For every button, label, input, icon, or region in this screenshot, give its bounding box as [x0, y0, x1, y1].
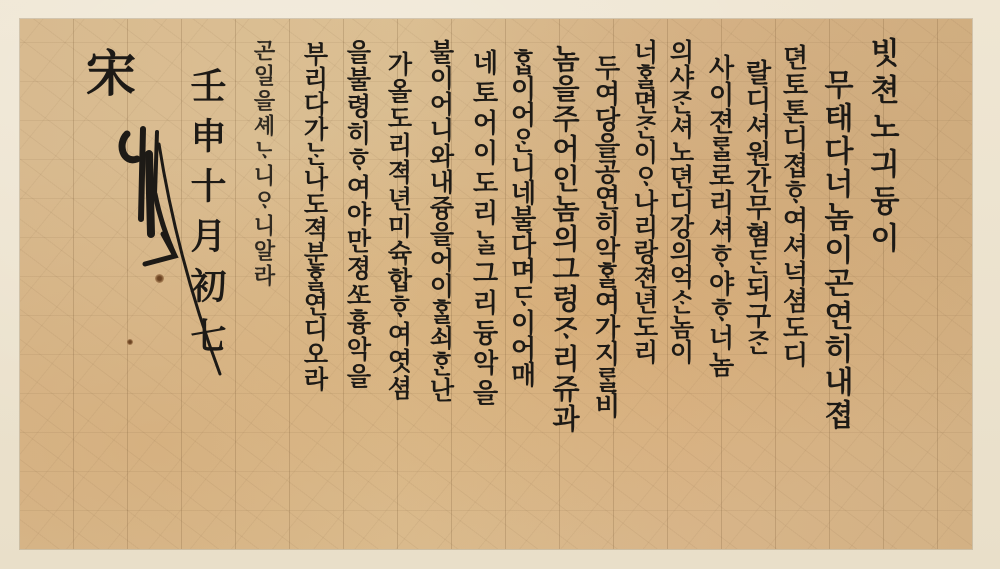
- text-column-2: 무태다너놈이곤연히내졉: [820, 69, 850, 432]
- text-column-14: 을불령히ᄒᆞ여야만졍ᄯᅩ흉악을: [345, 39, 370, 390]
- text-column-4: 랄디셔원간무혐ᄃᆞᆫ되구ᄌᆞᆫ: [743, 59, 769, 356]
- text-column-8: 두여당을공연히악ᄒᆞᆯ여가지ᄅᆞᆯ비: [592, 54, 618, 418]
- text-column-15: 부리다가ᄂᆞᆫ나도젹분ᄒᆞᆯ연디오라: [302, 41, 327, 391]
- text-column-12: 불이어니와내즁을어이ᄒᆞᆯ쇠ᄒᆞᆫ난: [428, 39, 453, 403]
- text-column-11: 네토어이도리ᄂᆞᆯ그리듕악을: [470, 49, 496, 409]
- signature-character: 宋: [82, 47, 132, 107]
- text-column-7: 너ᄒᆞᆯ면ᄌᆞᆫ이ᄋᆞ나리랑젼년도리: [632, 39, 657, 364]
- text-column-5: 사이젼ᄅᆞᆯ로리셔ᄒᆞ야ᄒᆞ너놈: [706, 54, 732, 378]
- letter-paper: 빗쳔노긔듕이 무태다너놈이곤연히내졉 뎐토톤디졉ᄒᆞ여셔넉셤도디 랄디셔원간무혐…: [20, 19, 972, 549]
- text-column-13: 가올도리젹년미슉합ᄒᆞ여엿셤: [386, 51, 411, 402]
- text-column-1: 빗쳔노긔듕이: [866, 37, 896, 259]
- text-column-3: 뎐토톤디졉ᄒᆞ여셔넉셤도디: [780, 44, 806, 368]
- text-column-10: ᄒᆞᆸ이어ᄋᆞᆫ니네불다며ᄃᆞ이어매: [508, 49, 534, 387]
- stain-spot: [127, 339, 133, 345]
- text-column-16: 곤일을셰ᄂᆞ니ᄋᆞ니알라: [252, 39, 274, 289]
- text-column-6: 의샤ᄌᆞᆫ셔노뎐디강의억ᄉᆞᆫ놈이: [668, 39, 693, 364]
- stain-spot: [155, 274, 164, 283]
- signature-flourish-icon: [115, 124, 225, 404]
- text-column-9: 놈을주어인놈의그렁ᄌᆞ리쥬과: [550, 44, 578, 434]
